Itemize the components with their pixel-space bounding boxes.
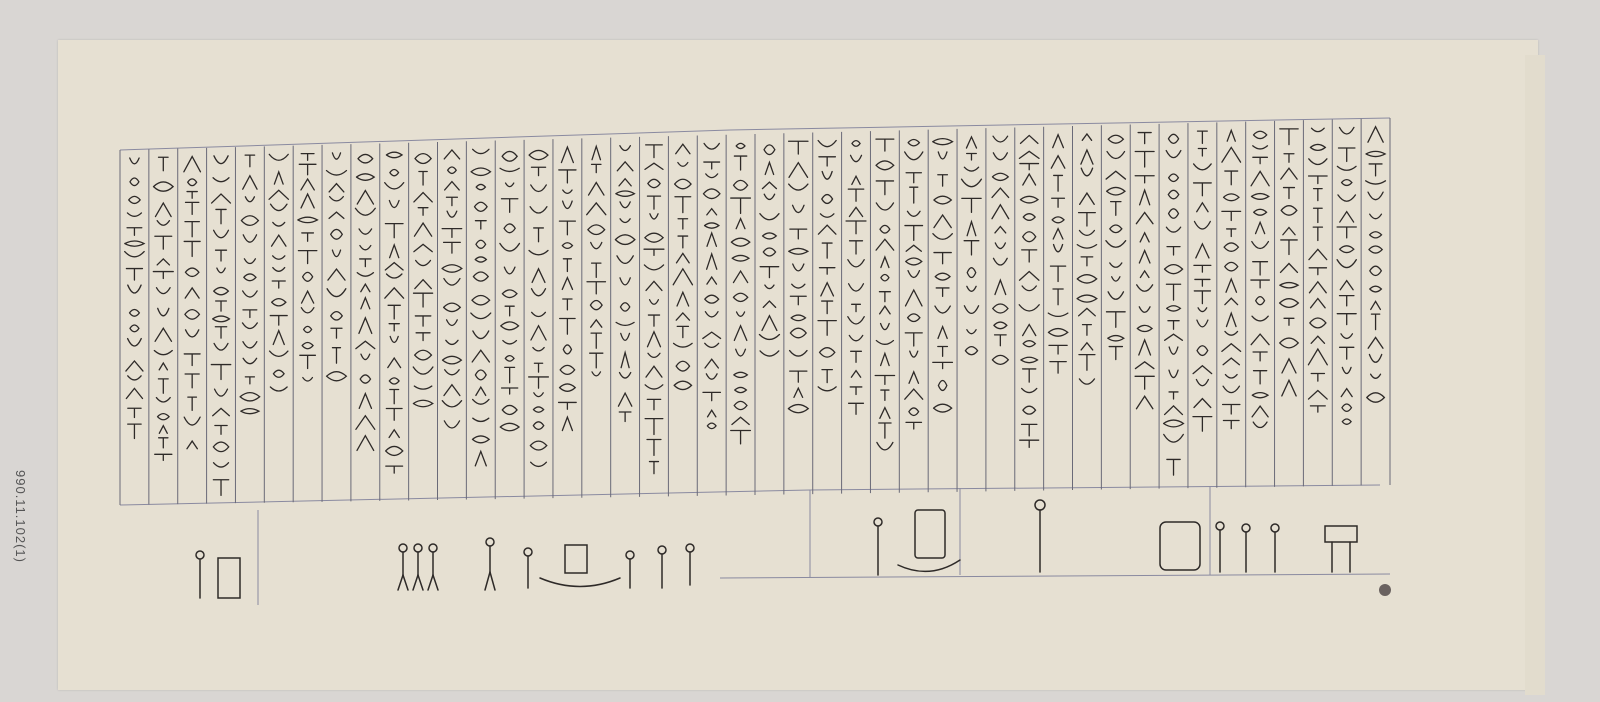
standing-deity-figure — [1035, 500, 1045, 572]
shrine-scene-right — [1160, 522, 1357, 572]
procession-figures — [398, 538, 495, 590]
lower-register-figures — [196, 500, 1357, 598]
hieroglyph-facsimile-drawing — [0, 0, 1600, 702]
barque-scene-center — [524, 544, 694, 588]
shrine-scene-middle — [874, 510, 960, 575]
ink-stain — [1379, 584, 1391, 596]
shrine-scene-left — [196, 551, 240, 598]
